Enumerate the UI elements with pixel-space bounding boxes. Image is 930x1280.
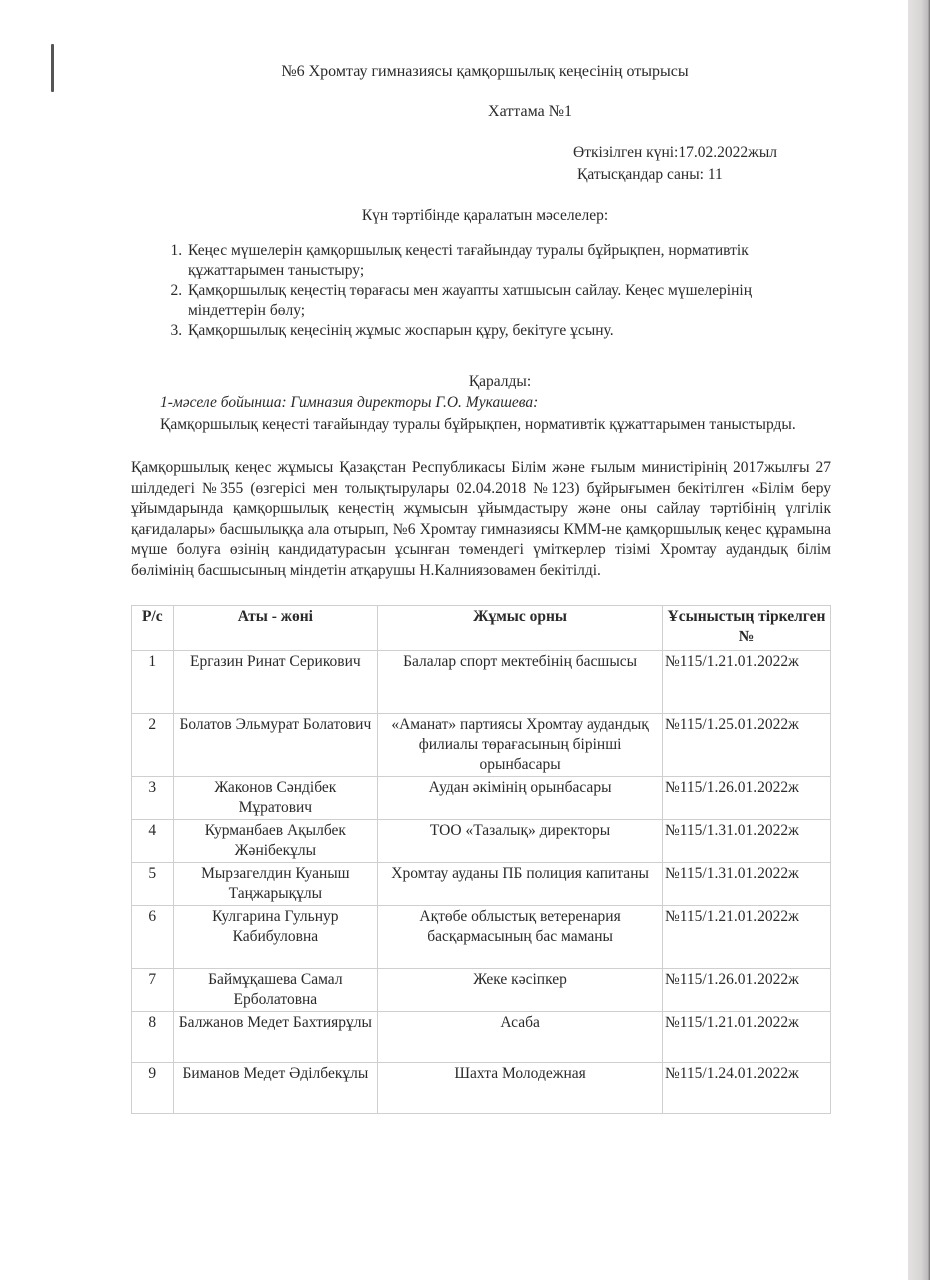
cell-name: Баймұқашева Самал Ерболатовна: [173, 969, 378, 1012]
table-row: 2Болатов Эльмурат Болатович«Аманат» парт…: [132, 714, 831, 777]
agenda-heading: Күн тәртібінде қаралатын мәселелер:: [0, 207, 930, 225]
cell-registration: №115/1.26.01.2022ж: [662, 777, 830, 820]
cell-workplace: Балалар спорт мектебінің басшысы: [378, 651, 663, 714]
cell-workplace: Аудан әкімінің орынбасары: [378, 777, 663, 820]
cell-name: Жаконов Сәндібек Мұратович: [173, 777, 378, 820]
considered-heading: Қаралды:: [0, 373, 930, 391]
cell-workplace: Хромтау ауданы ПБ полиция капитаны: [378, 863, 663, 906]
scan-edge-shadow: [908, 0, 930, 1280]
table-header-row: Р/с Аты - жөні Жұмыс орны Ұсыныстың тірк…: [132, 606, 831, 651]
cell-name: Болатов Эльмурат Болатович: [173, 714, 378, 777]
table-row: 5Мырзагелдин Куаныш ТаңжарықұлыХромтау а…: [132, 863, 831, 906]
issue-text: Қамқоршылық кеңесті тағайындау туралы бұ…: [160, 415, 800, 435]
table-row: 7Баймұқашева Самал ЕрболатовнаЖеке кәсіп…: [132, 969, 831, 1012]
table-row: 3Жаконов Сәндібек МұратовичАудан әкіміні…: [132, 777, 831, 820]
cell-num: 2: [132, 714, 174, 777]
table-row: 1Ергазин Ринат СериковичБалалар спорт ме…: [132, 651, 831, 714]
cell-registration: №115/1.31.01.2022ж: [662, 863, 830, 906]
table-row: 4Курманбаев Ақылбек ЖәнібекұлыТОО «Тазал…: [132, 820, 831, 863]
header-registration: Ұсыныстың тіркелген №: [662, 606, 830, 651]
cell-num: 4: [132, 820, 174, 863]
cell-registration: №115/1.25.01.2022ж: [662, 714, 830, 777]
issue-label: 1-мәселе бойынша: Гимназия директоры Г.О…: [160, 394, 538, 412]
cell-workplace: Асаба: [378, 1012, 663, 1063]
cell-num: 5: [132, 863, 174, 906]
cell-workplace: «Аманат» партиясы Хромтау аудандық филиа…: [378, 714, 663, 777]
cell-num: 1: [132, 651, 174, 714]
cell-workplace: Шахта Молодежная: [378, 1063, 663, 1114]
table-row: 8Балжанов Медет БахтиярұлыАсаба№115/1.21…: [132, 1012, 831, 1063]
cell-workplace: ТОО «Тазалық» директоры: [378, 820, 663, 863]
cell-registration: №115/1.24.01.2022ж: [662, 1063, 830, 1114]
cell-num: 6: [132, 906, 174, 969]
candidates-table: Р/с Аты - жөні Жұмыс орны Ұсыныстың тірк…: [131, 605, 831, 1114]
agenda-item: Кеңес мүшелерін қамқоршылық кеңесті таға…: [186, 241, 806, 281]
header-num: Р/с: [132, 606, 174, 651]
header-workplace: Жұмыс орны: [378, 606, 663, 651]
cell-registration: №115/1.21.01.2022ж: [662, 651, 830, 714]
meeting-date: Өткізілген күні:17.02.2022жыл: [573, 144, 777, 162]
cell-num: 9: [132, 1063, 174, 1114]
agenda-list: Кеңес мүшелерін қамқоршылық кеңесті таға…: [160, 241, 806, 341]
cell-registration: №115/1.21.01.2022ж: [662, 1012, 830, 1063]
cell-registration: №115/1.26.01.2022ж: [662, 969, 830, 1012]
cell-name: Курманбаев Ақылбек Жәнібекұлы: [173, 820, 378, 863]
table-row: 9Биманов Медет ӘділбекұлыШахта Молодежна…: [132, 1063, 831, 1114]
cell-name: Ергазин Ринат Серикович: [173, 651, 378, 714]
cell-num: 3: [132, 777, 174, 820]
cell-name: Мырзагелдин Куаныш Таңжарықұлы: [173, 863, 378, 906]
header-name: Аты - жөні: [173, 606, 378, 651]
cell-num: 8: [132, 1012, 174, 1063]
cell-name: Биманов Медет Әділбекұлы: [173, 1063, 378, 1114]
attendees-count: Қатысқандар саны: 11: [577, 166, 723, 184]
cell-workplace: Ақтөбе облыстық ветеренария басқармасыны…: [378, 906, 663, 969]
cell-workplace: Жеке кәсіпкер: [378, 969, 663, 1012]
cell-num: 7: [132, 969, 174, 1012]
table-row: 6Кулгарина Гульнур КабибуловнаАқтөбе обл…: [132, 906, 831, 969]
body-paragraph: Қамқоршылық кеңес жұмысы Қазақстан Респу…: [131, 458, 831, 582]
agenda-item: Қамқоршылық кеңесінің жұмыс жоспарын құр…: [186, 321, 806, 341]
cell-name: Кулгарина Гульнур Кабибуловна: [173, 906, 378, 969]
cell-name: Балжанов Медет Бахтиярұлы: [173, 1012, 378, 1063]
agenda-item: Қамқоршылық кеңестің төрағасы мен жауапт…: [186, 281, 806, 321]
cell-registration: №115/1.21.01.2022ж: [662, 906, 830, 969]
protocol-number: Хаттама №1: [0, 103, 930, 121]
cell-registration: №115/1.31.01.2022ж: [662, 820, 830, 863]
document-title: №6 Хромтау гимназиясы қамқоршылық кеңесі…: [0, 63, 930, 81]
